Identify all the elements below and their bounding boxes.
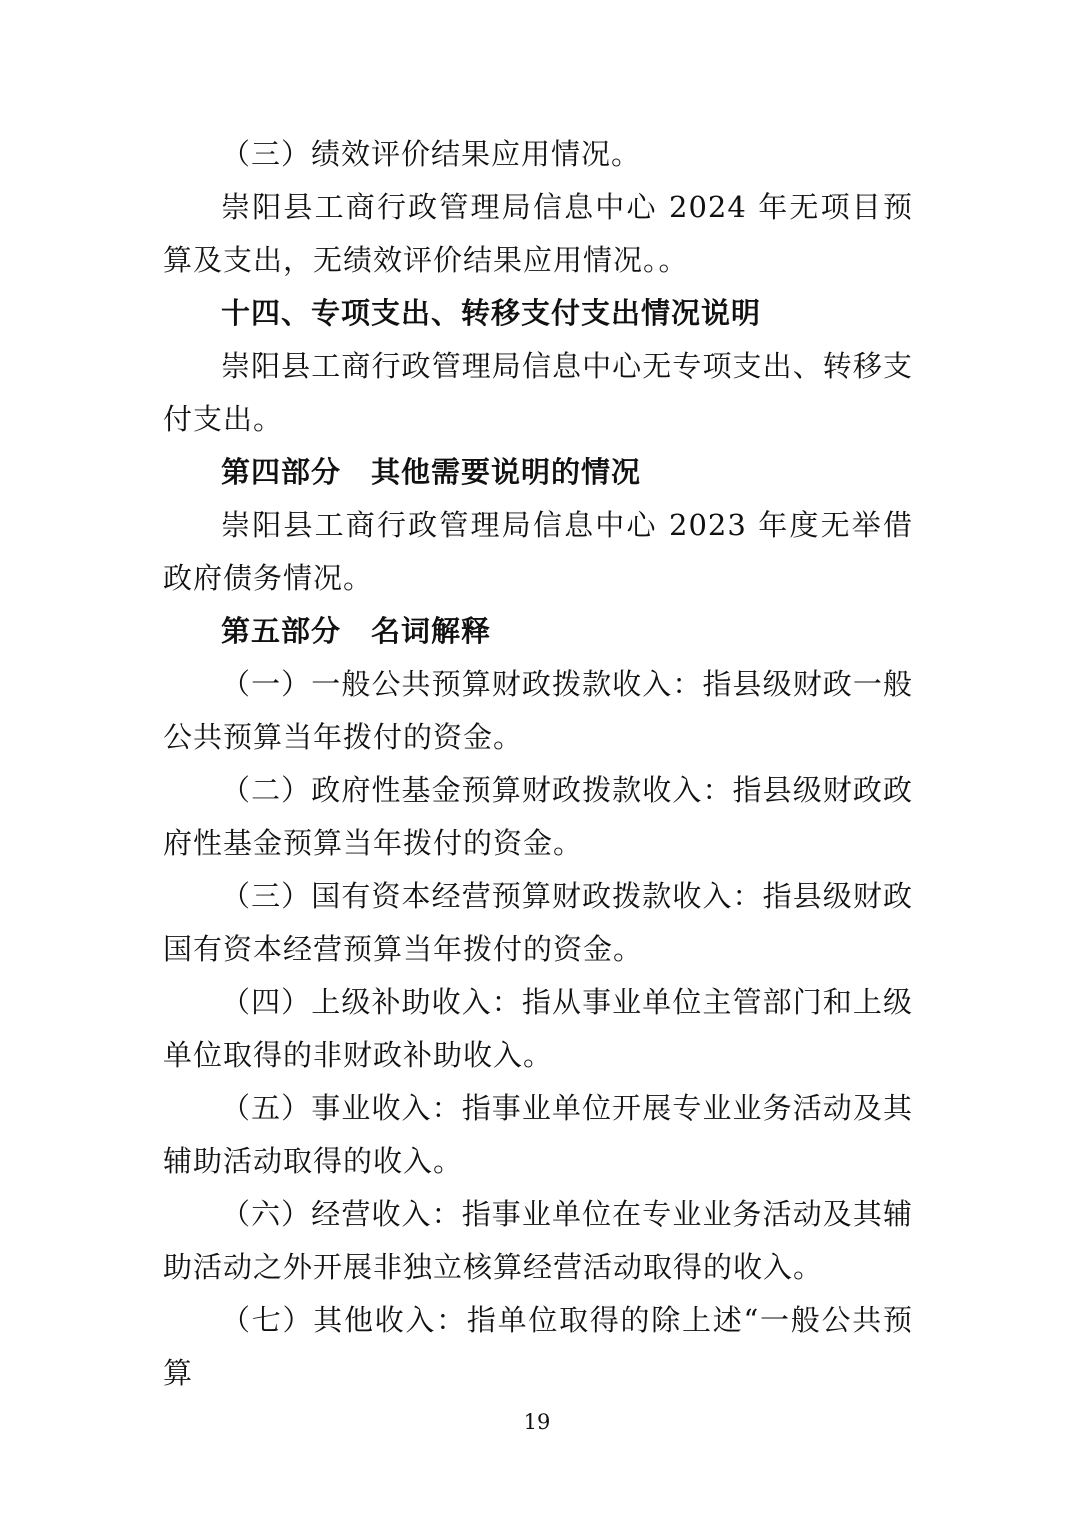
body-paragraph: （五）事业收入：指事业单位开展专业业务活动及其辅助活动取得的收入。 <box>163 1082 913 1188</box>
body-paragraph: 崇阳县工商行政管理局信息中心 2023 年度无举借政府债务情况。 <box>163 499 913 605</box>
document-body: （三）绩效评价结果应用情况。 崇阳县工商行政管理局信息中心 2024 年无项目预… <box>163 128 913 1400</box>
body-paragraph: （三）绩效评价结果应用情况。 <box>163 128 913 181</box>
section-heading: 第五部分 名词解释 <box>163 605 913 658</box>
body-paragraph: （一）一般公共预算财政拨款收入：指县级财政一般公共预算当年拨付的资金。 <box>163 658 913 764</box>
body-paragraph: （六）经营收入：指事业单位在专业业务活动及其辅助活动之外开展非独立核算经营活动取… <box>163 1188 913 1294</box>
page-number: 19 <box>0 1408 1074 1436</box>
body-paragraph: （二）政府性基金预算财政拨款收入：指县级财政政府性基金预算当年拨付的资金。 <box>163 764 913 870</box>
body-paragraph: 崇阳县工商行政管理局信息中心 2024 年无项目预算及支出，无绩效评价结果应用情… <box>163 181 913 287</box>
body-paragraph: （七）其他收入：指单位取得的除上述“一般公共预算 <box>163 1294 913 1400</box>
body-paragraph: （四）上级补助收入：指从事业单位主管部门和上级单位取得的非财政补助收入。 <box>163 976 913 1082</box>
section-heading: 十四、专项支出、转移支付支出情况说明 <box>163 287 913 340</box>
body-paragraph: 崇阳县工商行政管理局信息中心无专项支出、转移支付支出。 <box>163 340 913 446</box>
document-page: （三）绩效评价结果应用情况。 崇阳县工商行政管理局信息中心 2024 年无项目预… <box>0 0 1074 1520</box>
section-heading: 第四部分 其他需要说明的情况 <box>163 446 913 499</box>
body-paragraph: （三）国有资本经营预算财政拨款收入：指县级财政国有资本经营预算当年拨付的资金。 <box>163 870 913 976</box>
